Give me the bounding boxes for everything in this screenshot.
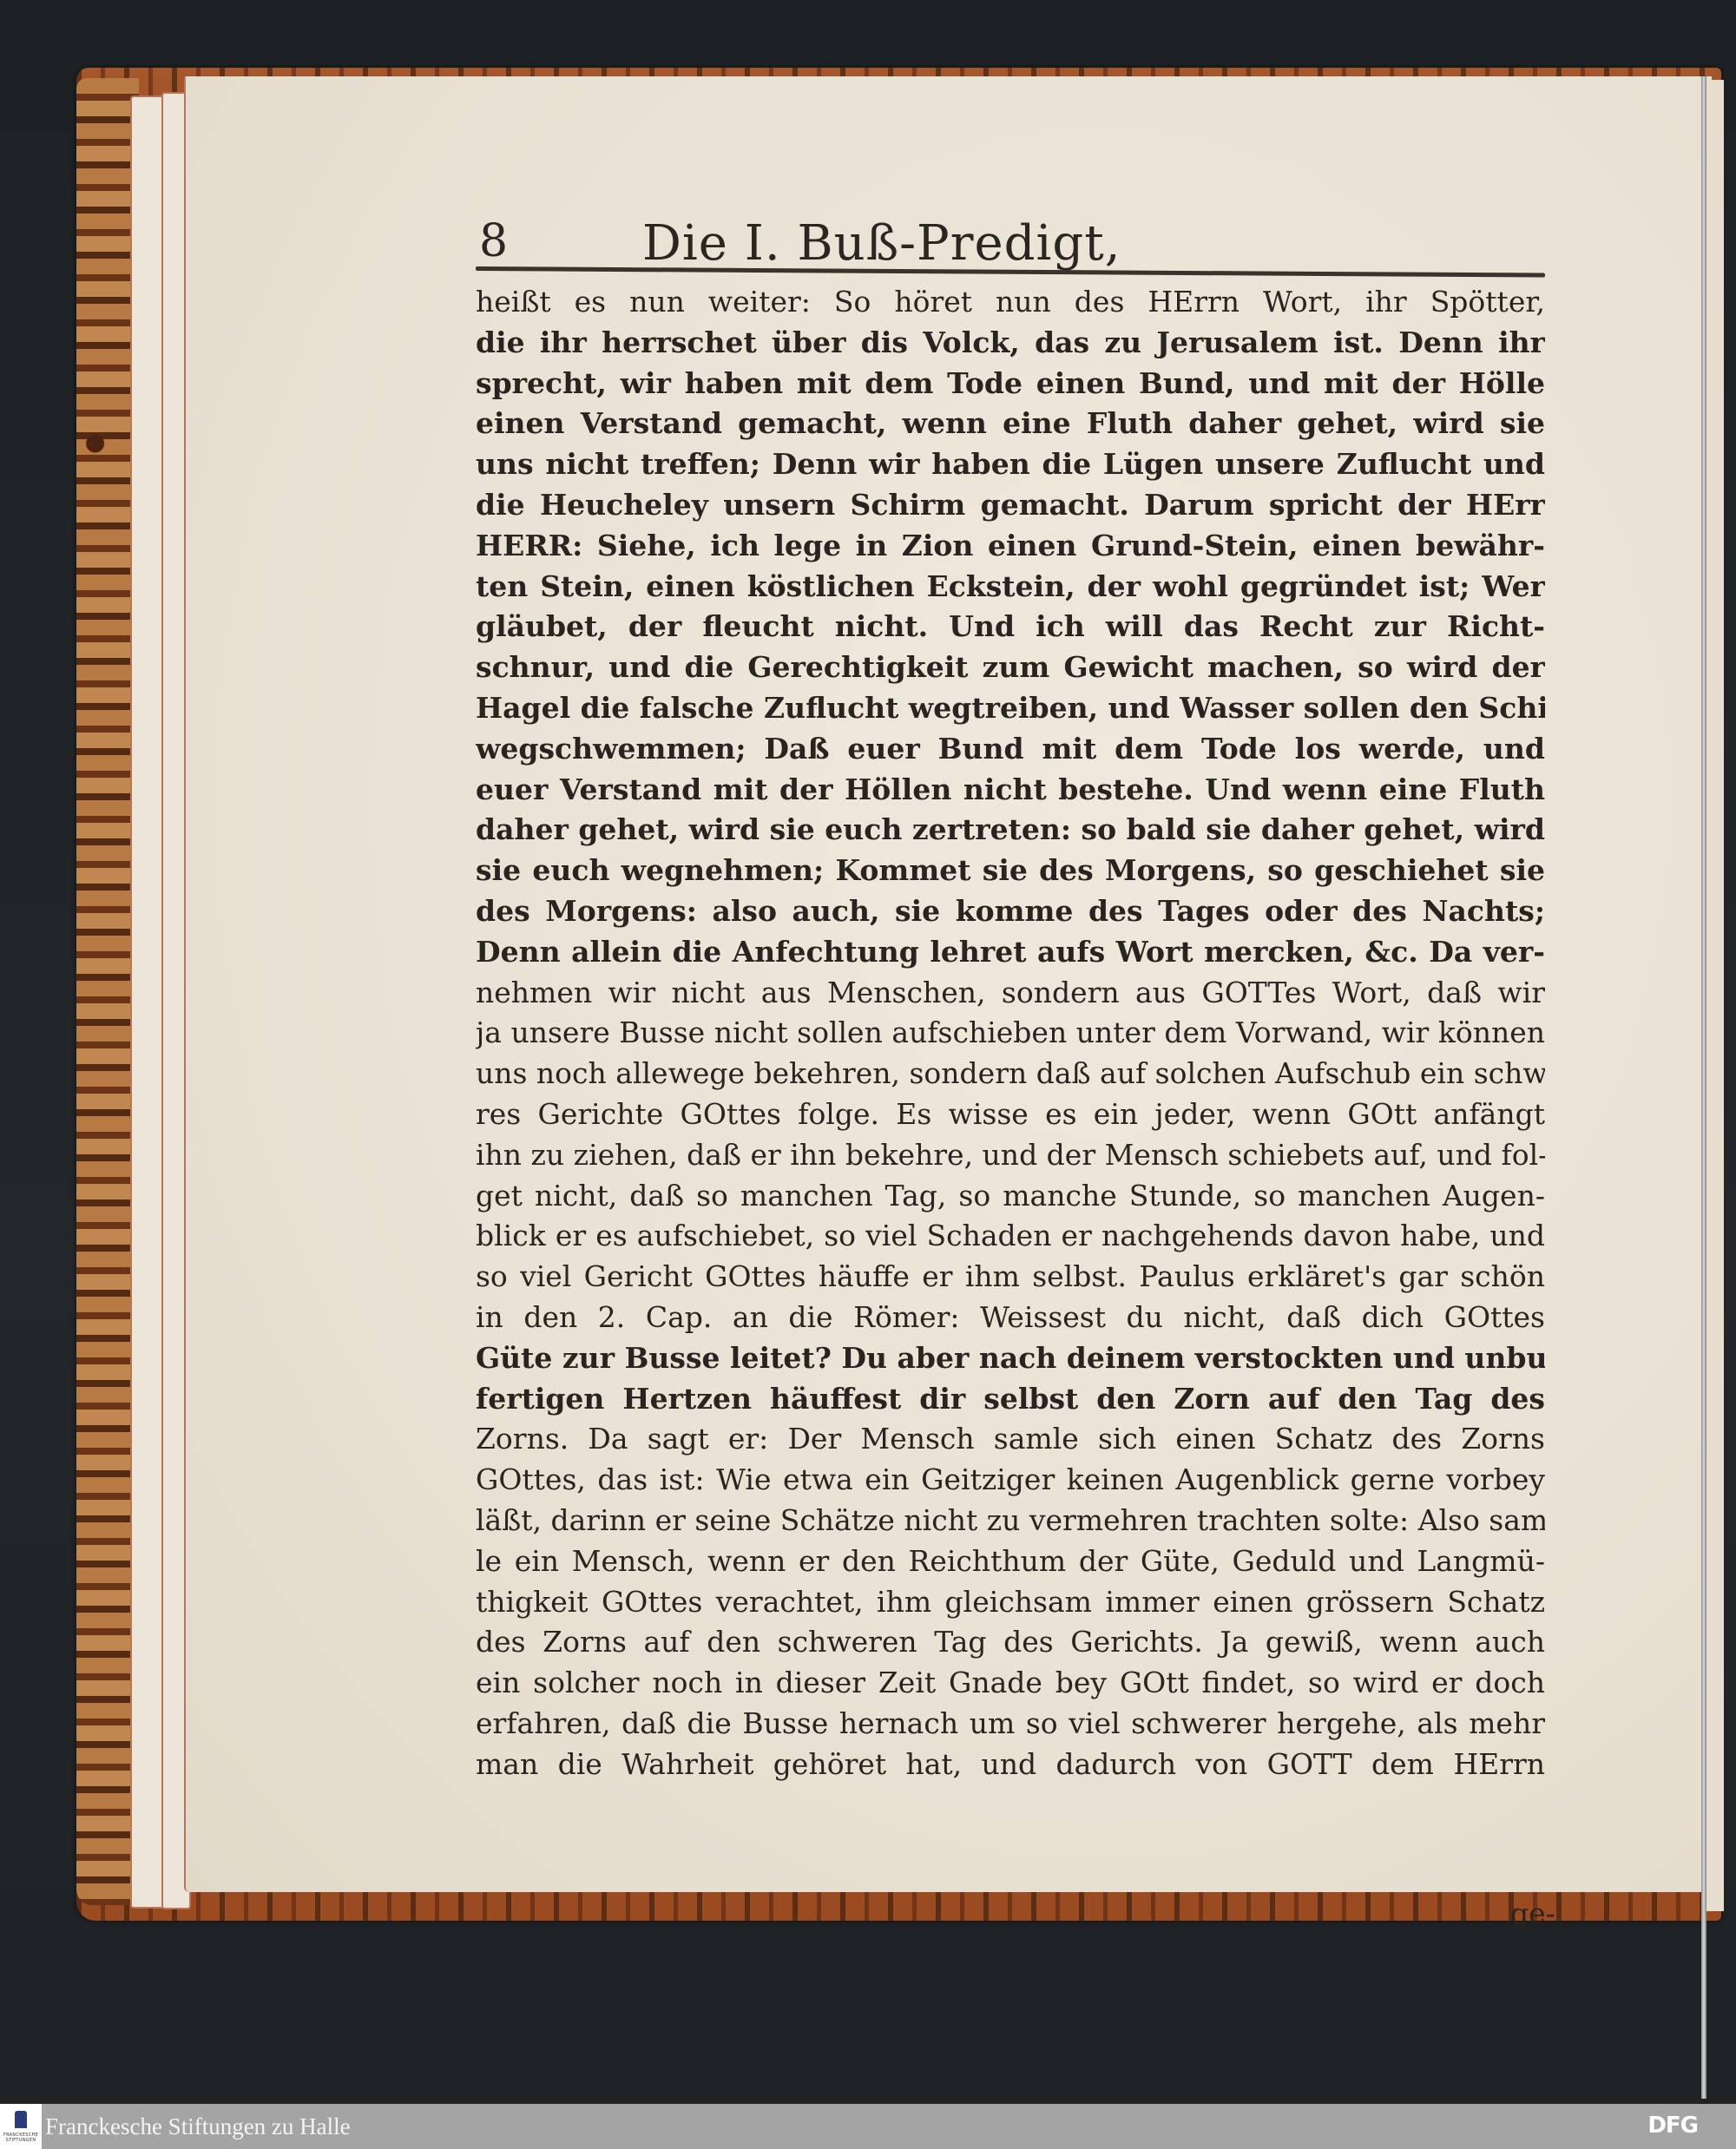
text-line: HERR: Siehe, ich lege in Zion einen Grun… [476,526,1545,567]
text-line: ja unsere Busse nicht sollen aufschieben… [476,1013,1545,1054]
footer-bar: FRANCKESCHE STIFTUNGEN Franckesche Stift… [0,2104,1736,2149]
text-line: thigkeit GOttes verachtet, ihm gleichsam… [476,1582,1545,1623]
text-line: sprecht, wir haben mit dem Tode einen Bu… [476,364,1545,404]
text-line: Güte zur Busse leitet? Du aber nach dein… [476,1338,1545,1379]
text-line: in den 2. Cap. an die Römer: Weissest du… [476,1298,1545,1338]
text-line: läßt, darinn er seine Schätze nicht zu v… [476,1501,1545,1541]
text-line: nehmen wir nicht aus Menschen, sondern a… [476,973,1545,1014]
dfg-logo[interactable]: DFG [1647,2113,1698,2139]
text-line: Hagel die falsche Zuflucht wegtreiben, u… [476,688,1545,729]
text-line: blick er es aufschiebet, so viel Schaden… [476,1216,1545,1257]
text-line: die ihr herrschet über dis Volck, das zu… [476,323,1545,364]
text-line: die Heucheley unsern Schirm gemacht. Dar… [476,485,1545,526]
text-line: sie euch wegnehmen; Kommet sie des Morge… [476,851,1545,891]
text-line: daher gehet, wird sie euch zertreten: so… [476,810,1545,851]
catchword: ge- [1510,1896,1555,1930]
text-line: ihn zu ziehen, daß er ihn bekehre, und d… [476,1135,1545,1176]
page-number: 8 [479,215,508,267]
text-line: Zorns. Da sagt er: Der Mensch samle sich… [476,1419,1545,1460]
institution-name[interactable]: Franckesche Stiftungen zu Halle [45,2113,351,2140]
body-text: heißt es nun weiter: So höret nun des HE… [476,282,1545,1784]
text-line: einen Verstand gemacht, wenn eine Fluth … [476,404,1545,444]
text-line: fertigen Hertzen häuffest dir selbst den… [476,1379,1545,1420]
text-line: uns noch allewege bekehren, sondern daß … [476,1054,1545,1094]
text-line: euer Verstand mit der Höllen nicht beste… [476,770,1545,811]
text-line: wegschwemmen; Daß euer Bund mit dem Tode… [476,729,1545,770]
text-line: des Morgens: also auch, sie komme des Ta… [476,891,1545,932]
text-line: so viel Gericht GOttes häuffe er ihm sel… [476,1257,1545,1298]
text-line: erfahren, daß die Busse hernach um so vi… [476,1704,1545,1745]
text-line: ten Stein, einen köstlichen Eckstein, de… [476,567,1545,608]
text-line: des Zorns auf den schweren Tag des Geric… [476,1622,1545,1663]
text-line: get nicht, daß so manchen Tag, so manche… [476,1176,1545,1217]
text-line: res Gerichte GOttes folge. Es wisse es e… [476,1094,1545,1135]
text-line: ein solcher noch in dieser Zeit Gnade be… [476,1663,1545,1704]
running-title: Die I. Buß-Predigt, [642,215,1121,272]
text-line: man die Wahrheit gehöret hat, und dadurc… [476,1745,1545,1785]
scan-glass-edge [1701,76,1706,2099]
text-line: uns nicht treffen; Denn wir haben die Lü… [476,444,1545,485]
text-line: Denn allein die Anfechtung lehret aufs W… [476,932,1545,973]
text-line: GOttes, das ist: Wie etwa ein Geitziger … [476,1460,1545,1501]
logo-line-2: STIFTUNGEN [6,2138,36,2143]
institution-logo[interactable]: FRANCKESCHE STIFTUNGEN [0,2104,42,2149]
text-line: schnur, und die Gerechtigkeit zum Gewich… [476,647,1545,688]
logo-caption: FRANCKESCHE STIFTUNGEN [2,2133,40,2143]
facing-page-strip [1706,80,1724,1911]
text-line: le ein Mensch, wenn er den Reichthum der… [476,1541,1545,1582]
figure-icon [15,2111,27,2128]
text-line: gläubet, der fleucht nicht. Und ich will… [476,607,1545,647]
text-line: heißt es nun weiter: So höret nun des HE… [476,282,1545,323]
